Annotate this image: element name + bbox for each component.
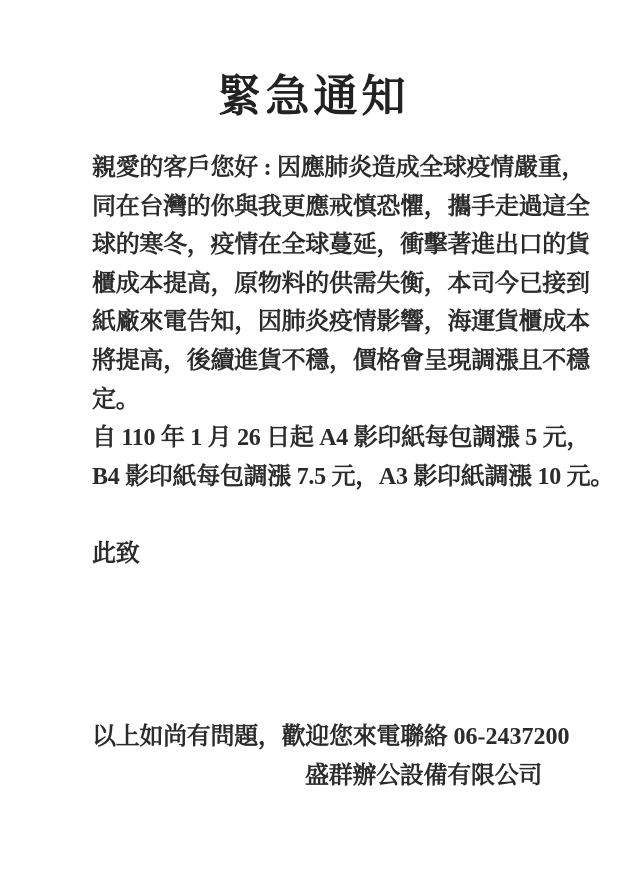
phone-number: 06-2437200 [448, 724, 570, 750]
contact-text: 以上如尚有問題，歡迎您來電聯絡 [92, 724, 448, 750]
contact-line: 以上如尚有問題，歡迎您來電聯絡06-2437200 [92, 718, 569, 757]
notice-document: 緊急通知 親愛的客戶您好 : 因應肺炎造成全球疫情嚴重， 同在台灣的你與我更應戒… [0, 0, 627, 886]
notice-line: 定。 [92, 381, 569, 420]
price-adjustment-line: B4 影印紙每包調漲 7.5 元，A3 影印紙調漲 10 元。 [92, 458, 569, 497]
document-title: 緊急通知 [0, 70, 627, 124]
closing-salutation: 此致 [92, 535, 569, 574]
price-adjustment-line: 自 110 年 1 月 26 日起 A4 影印紙每包調漲 5 元， [92, 419, 569, 458]
blank-line [92, 496, 569, 535]
notice-line: 櫃成本提高，原物料的供需失衡，本司今已接到 [92, 265, 569, 304]
notice-footer: 以上如尚有問題，歡迎您來電聯絡06-2437200 盛群辦公設備有限公司 [92, 718, 569, 795]
notice-body: 親愛的客戶您好 : 因應肺炎造成全球疫情嚴重， 同在台灣的你與我更應戒慎恐懼，攜… [92, 149, 569, 574]
notice-line: 紙廠來電告知，因肺炎疫情影響，海運貨櫃成本 [92, 303, 569, 342]
notice-line: 球的寒冬，疫情在全球蔓延，衝擊著進出口的貨 [92, 226, 569, 265]
notice-line: 親愛的客戶您好 : 因應肺炎造成全球疫情嚴重， [92, 149, 569, 188]
notice-line: 將提高，後續進貨不穩，價格會呈現調漲且不穩 [92, 342, 569, 381]
notice-line: 同在台灣的你與我更應戒慎恐懼，攜手走過這全 [92, 188, 569, 227]
company-name: 盛群辦公設備有限公司 [92, 757, 569, 796]
